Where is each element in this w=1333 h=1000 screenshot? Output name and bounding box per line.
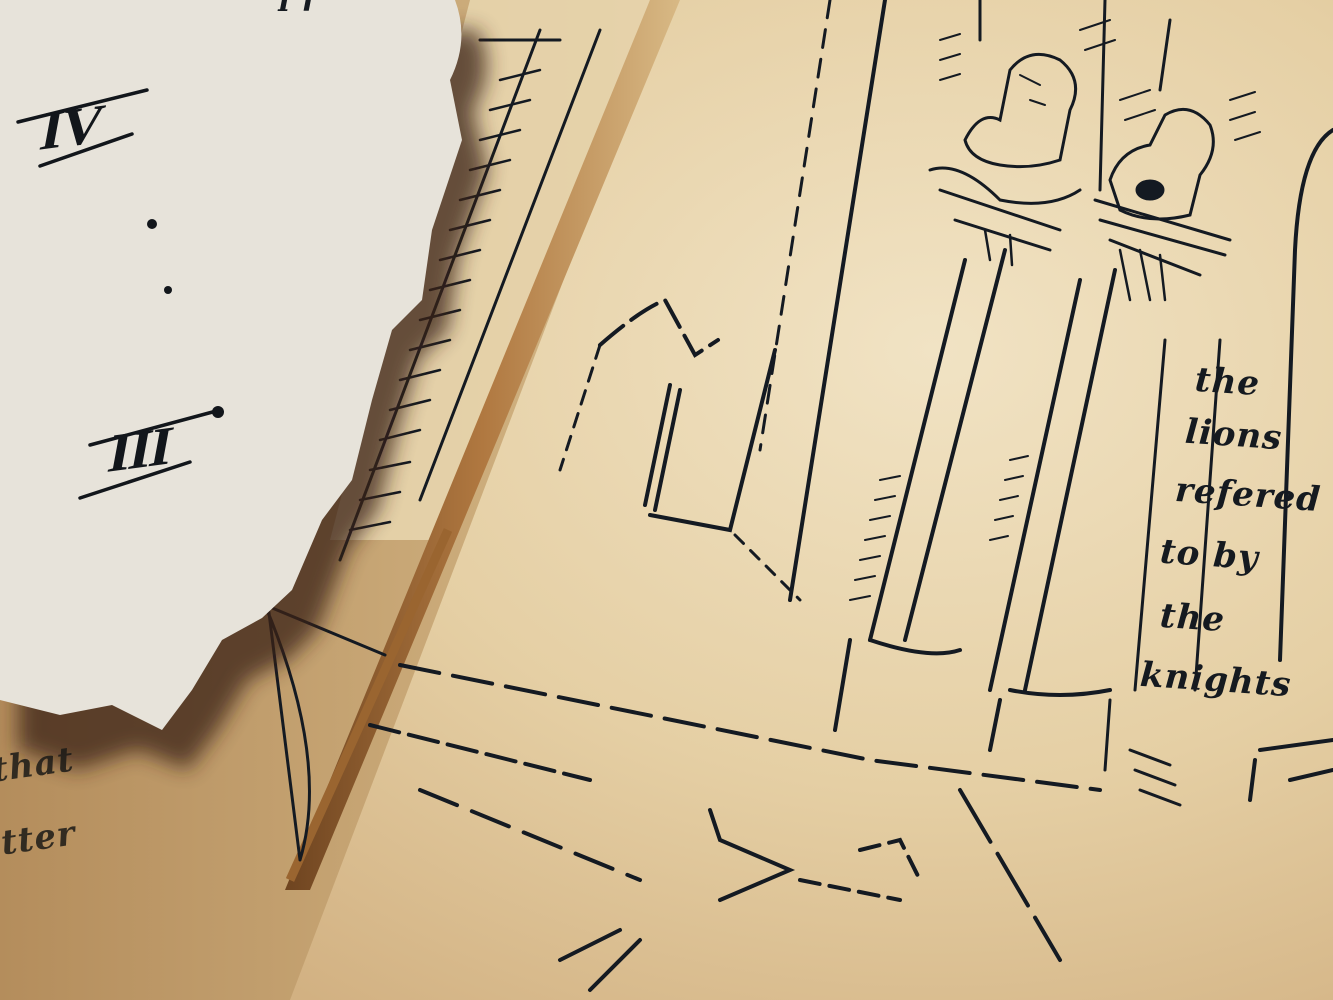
annotation-line: to by [1159,532,1260,579]
annotation-line: the [1194,360,1262,404]
book-photo: IV III ɪ ɾ the lions refered to by the k… [0,0,1333,1000]
annotation-line: the [1159,596,1227,640]
annotation-line: lions [1184,412,1284,459]
torn-paper-top-fragment: ɪ ɾ [278,0,316,19]
book-drawing-illustration [0,0,1333,1000]
